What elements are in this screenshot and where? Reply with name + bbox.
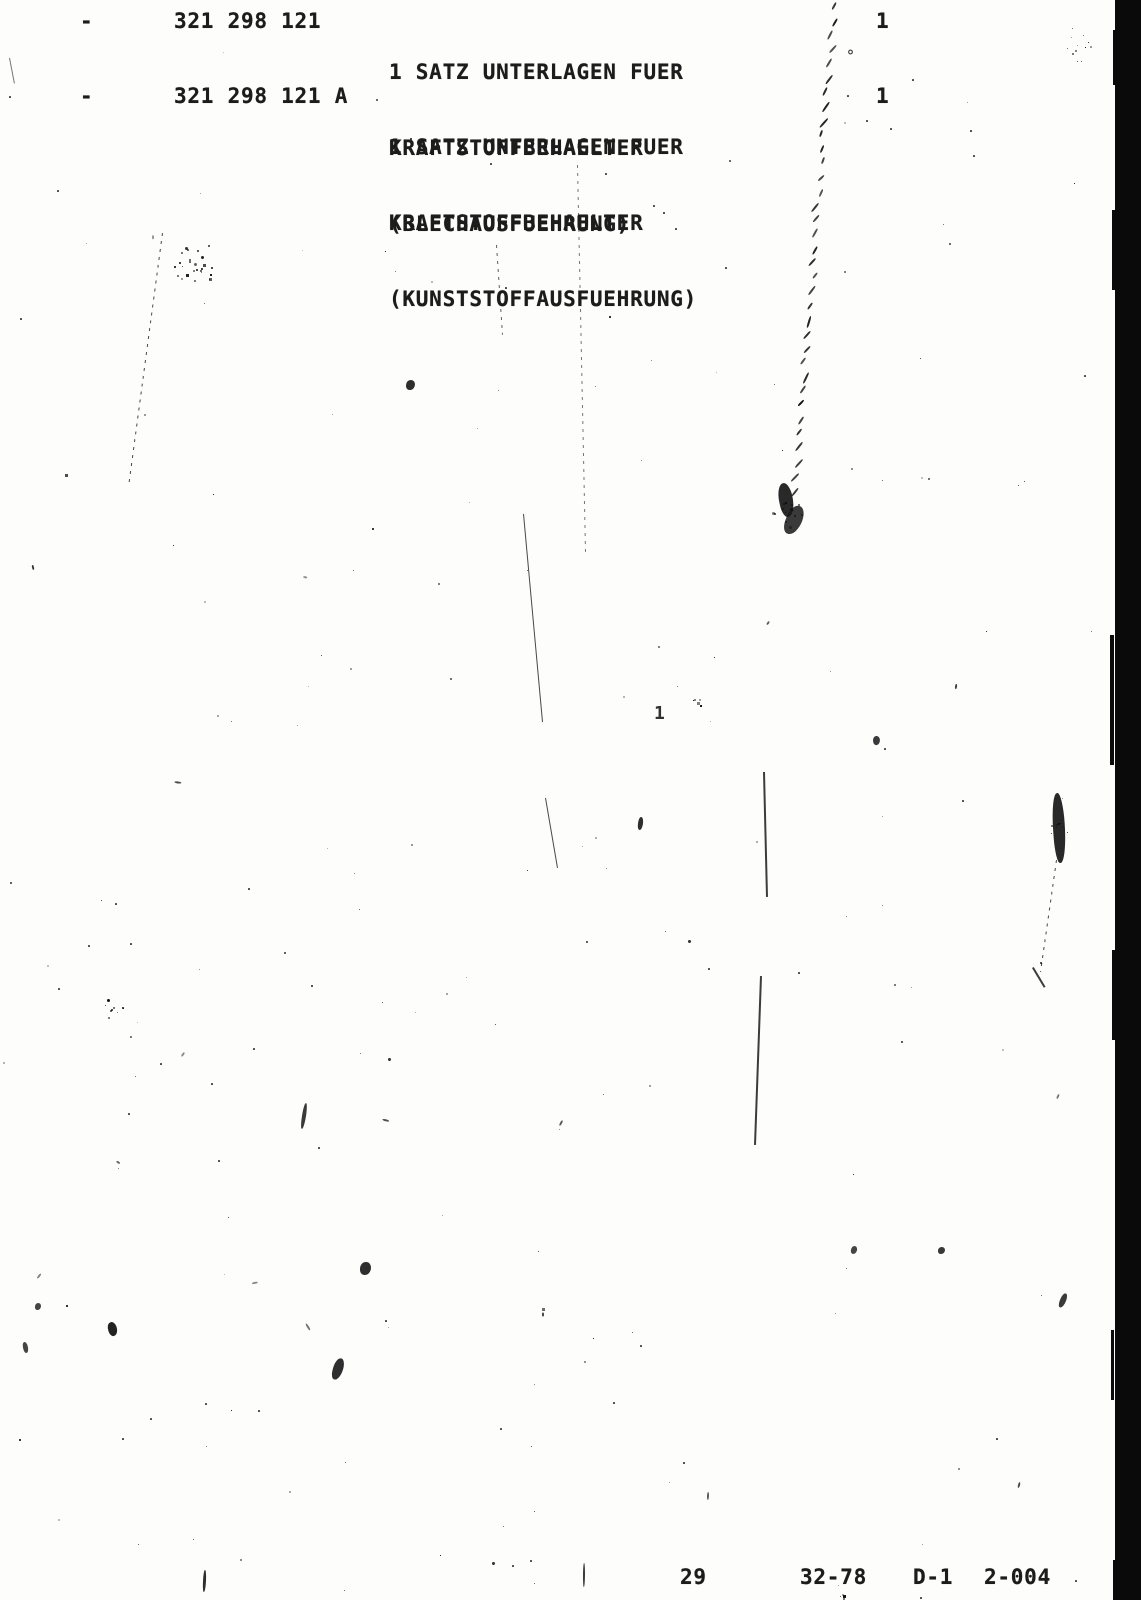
scan-dust bbox=[882, 905, 883, 906]
scan-speck-cluster bbox=[208, 245, 210, 247]
scan-speck-cluster bbox=[798, 504, 800, 506]
scan-speck bbox=[9, 96, 11, 98]
scan-dust bbox=[766, 620, 770, 625]
scan-crease-line bbox=[523, 514, 543, 722]
scan-dust bbox=[782, 450, 783, 451]
scan-speck-cluster bbox=[774, 513, 776, 515]
scan-speck-cluster bbox=[843, 1598, 845, 1600]
scan-speck bbox=[890, 128, 892, 130]
scan-crease-line bbox=[763, 772, 768, 897]
scan-speck bbox=[130, 943, 132, 945]
scan-dust bbox=[894, 984, 896, 986]
scan-dust bbox=[603, 1094, 604, 1095]
scan-dust bbox=[853, 1174, 854, 1175]
scan-speck bbox=[218, 1160, 220, 1162]
scan-dust bbox=[958, 1468, 960, 1470]
scan-dust bbox=[130, 1036, 132, 1038]
scan-dust bbox=[844, 271, 846, 273]
scan-dust bbox=[388, 1327, 389, 1328]
scan-speck-cluster bbox=[177, 275, 179, 277]
scan-stitch-dash bbox=[795, 442, 803, 452]
scan-edge-bar bbox=[1115, 0, 1141, 1600]
scan-dust bbox=[36, 1273, 41, 1279]
scan-speck-cluster bbox=[791, 504, 793, 506]
scan-dust bbox=[534, 1583, 535, 1584]
scan-smudge bbox=[781, 503, 806, 537]
scan-dust bbox=[844, 122, 846, 124]
scan-dust bbox=[1074, 183, 1075, 184]
scan-dust bbox=[469, 502, 470, 503]
scan-dust bbox=[135, 1076, 136, 1077]
scan-dust bbox=[152, 235, 154, 239]
scan-speck bbox=[640, 1345, 642, 1347]
scan-dust bbox=[582, 846, 583, 847]
scan-dust bbox=[213, 494, 214, 495]
scan-dust bbox=[231, 1410, 232, 1411]
scan-dust bbox=[47, 965, 49, 967]
scan-dust bbox=[1056, 1094, 1060, 1099]
scan-speck-cluster bbox=[201, 272, 202, 273]
scan-speck bbox=[683, 1462, 685, 1464]
scan-stitch-dash bbox=[792, 487, 800, 496]
scan-dust bbox=[1040, 962, 1042, 964]
scan-speck-cluster bbox=[840, 1596, 841, 1597]
scan-smudge bbox=[203, 1570, 207, 1592]
scan-speck-cluster bbox=[790, 508, 793, 511]
scan-stitch-dash bbox=[812, 229, 818, 239]
scan-speck bbox=[725, 267, 727, 269]
scan-crease-line bbox=[1032, 967, 1046, 988]
scan-dust bbox=[376, 99, 378, 101]
scan-crease-line bbox=[754, 976, 762, 1145]
scan-dust bbox=[495, 1024, 496, 1025]
scan-speck-cluster bbox=[105, 1005, 106, 1006]
scan-dust bbox=[303, 576, 308, 579]
scan-dust bbox=[308, 686, 309, 687]
scan-stitch-dash bbox=[798, 417, 805, 426]
scan-speck bbox=[962, 800, 964, 802]
scan-speck-cluster bbox=[1071, 37, 1072, 38]
scan-dust bbox=[116, 1160, 121, 1164]
scanned-parts-catalog-page: - 321 298 121 1 SATZ UNTERLAGEN FUER KRA… bbox=[0, 0, 1141, 1600]
part-number: 321 298 121 bbox=[174, 9, 321, 33]
scan-smudge bbox=[360, 1262, 371, 1275]
scan-dust bbox=[901, 1041, 903, 1043]
scan-stitch-dash bbox=[803, 346, 811, 354]
scan-dust bbox=[200, 193, 201, 194]
scan-speck-cluster bbox=[201, 256, 204, 259]
footer-section-code: D-1 bbox=[913, 1565, 953, 1589]
scan-crease-line bbox=[545, 798, 558, 868]
scan-speck bbox=[1075, 1580, 1077, 1582]
scan-dust bbox=[252, 1281, 258, 1284]
scan-speck-cluster bbox=[193, 270, 195, 272]
scan-speck-cluster bbox=[700, 705, 702, 707]
scan-speck-cluster bbox=[793, 510, 794, 511]
scan-speck-cluster bbox=[189, 261, 191, 263]
scan-dust bbox=[527, 870, 528, 871]
scan-dust bbox=[344, 1590, 345, 1591]
scan-speck-cluster bbox=[203, 264, 206, 267]
scan-stitch-dash bbox=[829, 44, 837, 53]
scan-dust bbox=[498, 390, 499, 391]
scan-dust bbox=[949, 243, 951, 245]
scan-dust bbox=[174, 781, 181, 784]
scan-dust bbox=[595, 386, 596, 387]
scan-speck bbox=[1084, 375, 1086, 377]
scan-speck-cluster bbox=[196, 269, 198, 271]
scan-speck bbox=[500, 1428, 502, 1430]
scan-dust bbox=[3, 1062, 5, 1064]
scan-dust bbox=[382, 1002, 383, 1003]
scan-dust bbox=[354, 873, 355, 874]
scan-speck-cluster bbox=[185, 247, 188, 250]
scan-smudge bbox=[776, 482, 797, 518]
scan-dust bbox=[586, 941, 588, 943]
scan-speck bbox=[530, 1560, 532, 1562]
scan-speck bbox=[115, 903, 117, 905]
scan-dust bbox=[1062, 798, 1063, 799]
scan-dust bbox=[193, 1539, 194, 1540]
scan-dust bbox=[920, 358, 921, 359]
scan-speck-cluster bbox=[113, 1007, 115, 1009]
scan-speck-cluster bbox=[197, 250, 199, 252]
scan-speck-cluster bbox=[209, 279, 210, 280]
scan-speck-cluster bbox=[1058, 823, 1060, 825]
scan-speck-cluster bbox=[181, 278, 183, 280]
scan-dust bbox=[58, 1519, 60, 1521]
scan-smudge bbox=[106, 1321, 119, 1337]
scan-speck-cluster bbox=[1077, 61, 1078, 62]
scan-dust bbox=[199, 969, 200, 970]
scan-stitch-dash bbox=[803, 331, 811, 340]
scan-speck-cluster bbox=[693, 700, 694, 701]
description-line: KRAFTSTOFFBEHAELTER bbox=[389, 211, 697, 236]
scan-speck bbox=[20, 318, 22, 320]
scan-speck-cluster bbox=[1072, 28, 1073, 29]
scan-speck bbox=[912, 79, 914, 81]
scan-dust bbox=[559, 1129, 560, 1130]
scan-dust bbox=[774, 384, 775, 385]
scan-speck-cluster bbox=[843, 1595, 846, 1598]
scan-dust bbox=[835, 1313, 836, 1314]
scan-dust bbox=[138, 1544, 139, 1545]
description-line: 1 SATZ UNTERLAGEN FUER bbox=[389, 135, 697, 160]
scan-dust bbox=[360, 1053, 361, 1054]
scan-dust bbox=[415, 1012, 416, 1013]
scan-speck-cluster bbox=[1060, 823, 1061, 824]
scan-dust bbox=[542, 1308, 545, 1311]
scan-speck bbox=[847, 95, 849, 97]
scan-stitch-dash bbox=[819, 118, 828, 128]
scan-stitch-dash bbox=[827, 30, 833, 40]
scan-dust bbox=[955, 684, 958, 690]
scan-dust bbox=[851, 468, 853, 470]
scan-smudge bbox=[850, 1246, 857, 1255]
scan-speck-cluster bbox=[794, 515, 796, 517]
scan-speck-cluster bbox=[181, 252, 183, 254]
scan-dust bbox=[531, 1446, 532, 1447]
scan-stitch-dash bbox=[832, 18, 838, 27]
scan-dust bbox=[503, 1526, 504, 1527]
part-number: 321 298 121 A bbox=[174, 84, 348, 108]
scan-speck bbox=[258, 1410, 260, 1412]
scan-dust bbox=[118, 1168, 119, 1169]
scan-speck bbox=[866, 120, 868, 122]
scan-crease-line bbox=[1040, 860, 1057, 972]
part-description: 1 SATZ UNTERLAGEN FUER KRAFTSTOFFBEHAELT… bbox=[389, 84, 697, 363]
scan-speck-cluster bbox=[772, 512, 775, 515]
scan-speck bbox=[311, 985, 313, 987]
scan-smudge bbox=[406, 380, 415, 390]
scan-speck-cluster bbox=[785, 521, 787, 523]
scan-stitch-dash bbox=[831, 2, 837, 10]
footer-edition-code: 32-78 bbox=[800, 1565, 867, 1589]
scan-crease-line bbox=[9, 58, 15, 84]
scan-speck-cluster bbox=[801, 514, 803, 516]
scan-speck bbox=[58, 988, 60, 990]
scan-speck-cluster bbox=[1081, 61, 1082, 62]
scan-dust bbox=[440, 1555, 441, 1556]
scan-dust bbox=[66, 1305, 68, 1307]
scan-speck-cluster bbox=[694, 699, 696, 701]
footer-sheet-code: 2-004 bbox=[984, 1565, 1051, 1589]
scan-speck bbox=[318, 1147, 320, 1149]
quantity: 1 bbox=[876, 84, 889, 108]
scan-dust bbox=[289, 1491, 291, 1493]
scan-stitch-dash bbox=[808, 258, 817, 267]
scan-dust bbox=[65, 474, 68, 477]
scan-speck-cluster bbox=[1072, 53, 1074, 55]
scan-speck bbox=[884, 748, 886, 750]
scan-speck-cluster bbox=[1063, 826, 1064, 827]
scan-dust bbox=[350, 668, 352, 670]
description-line: (KUNSTSTOFFAUSFUEHRUNG) bbox=[389, 287, 697, 312]
scan-speck-cluster bbox=[1056, 827, 1057, 828]
scan-speck-cluster bbox=[1062, 819, 1063, 820]
scan-speck-cluster bbox=[209, 278, 212, 281]
scan-dust bbox=[538, 1251, 539, 1252]
ref-dash: - bbox=[80, 84, 93, 108]
scan-dust bbox=[332, 414, 333, 415]
scan-smudge bbox=[872, 735, 880, 745]
scan-dust bbox=[584, 1361, 586, 1363]
scan-dust bbox=[228, 1217, 229, 1218]
scan-speck bbox=[613, 1402, 615, 1404]
scan-stitch-dash bbox=[791, 473, 800, 482]
scan-speck-cluster bbox=[186, 274, 189, 277]
scan-speck-cluster bbox=[123, 1008, 124, 1009]
scan-dust bbox=[1091, 631, 1092, 632]
scan-speck-cluster bbox=[1088, 42, 1089, 43]
scan-speck-cluster bbox=[111, 1009, 113, 1011]
scan-speck bbox=[128, 1113, 130, 1115]
scan-stitch-dash bbox=[819, 130, 823, 138]
scan-speck bbox=[708, 968, 710, 970]
scan-smudge bbox=[583, 1563, 585, 1587]
scan-speck bbox=[385, 1320, 387, 1322]
scan-stitch-dash bbox=[826, 58, 833, 67]
scan-stitch-dash bbox=[798, 399, 805, 406]
scan-dust bbox=[756, 841, 758, 843]
scan-dust bbox=[477, 428, 478, 429]
scan-dust bbox=[606, 868, 607, 869]
scan-speck-cluster bbox=[117, 1012, 118, 1013]
scan-smudge bbox=[35, 1303, 41, 1310]
scan-speck bbox=[122, 1438, 124, 1440]
scan-dust bbox=[1002, 1049, 1004, 1051]
scan-dust bbox=[534, 1384, 535, 1385]
scan-dust bbox=[716, 372, 717, 373]
scan-speck-cluster bbox=[194, 280, 196, 282]
scan-dust bbox=[305, 1323, 311, 1331]
scan-dust bbox=[632, 1332, 633, 1333]
scan-dust bbox=[882, 480, 883, 481]
scan-crease-line bbox=[128, 233, 163, 487]
quantity: 1 bbox=[876, 9, 889, 33]
scan-speck-cluster bbox=[1067, 832, 1068, 833]
scan-stitch-dash bbox=[819, 145, 824, 154]
scan-stitch-dash bbox=[808, 285, 816, 295]
scan-speck bbox=[973, 155, 975, 157]
scan-dust bbox=[321, 655, 322, 656]
scan-dust bbox=[240, 1559, 242, 1561]
scan-dust bbox=[359, 909, 360, 910]
scan-speck-cluster bbox=[1075, 50, 1077, 52]
scan-dust bbox=[542, 1312, 544, 1317]
scan-speck bbox=[512, 1565, 514, 1567]
scan-dust bbox=[10, 882, 12, 884]
scan-dust bbox=[327, 848, 328, 849]
scan-dust bbox=[223, 52, 224, 53]
scan-dust bbox=[922, 1544, 923, 1545]
scan-edge-notch bbox=[1110, 635, 1114, 765]
scan-stitch-dash bbox=[817, 174, 824, 181]
scan-speck bbox=[688, 940, 691, 943]
scan-dust bbox=[882, 816, 883, 817]
scan-speck bbox=[996, 1438, 998, 1440]
scan-speck bbox=[248, 888, 250, 890]
scan-dust bbox=[173, 545, 174, 546]
scan-speck-cluster bbox=[194, 263, 197, 266]
scan-smudge bbox=[1058, 1292, 1069, 1308]
scan-speck-cluster bbox=[1067, 48, 1068, 49]
scan-speck-cluster bbox=[789, 526, 792, 529]
scan-dust bbox=[466, 977, 467, 978]
scan-stitch-dash bbox=[796, 428, 803, 436]
scan-dust bbox=[714, 657, 715, 658]
scan-speck bbox=[57, 190, 59, 192]
scan-dust bbox=[206, 1446, 207, 1447]
scan-speck-cluster bbox=[1051, 833, 1052, 834]
scan-dust bbox=[217, 715, 219, 717]
scan-dust bbox=[986, 631, 987, 632]
scan-stitch-dash bbox=[807, 302, 813, 310]
scan-stitch-dash bbox=[825, 75, 833, 85]
scan-dust bbox=[921, 477, 923, 479]
scan-speck-cluster bbox=[1085, 47, 1086, 48]
scan-dust bbox=[302, 250, 303, 251]
scan-smudge bbox=[22, 1342, 30, 1354]
scan-speck-cluster bbox=[187, 249, 189, 251]
scan-dust bbox=[967, 102, 968, 103]
scan-dust bbox=[372, 528, 374, 530]
description-line: 1 SATZ UNTERLAGEN FUER bbox=[389, 60, 684, 85]
scan-speck-cluster bbox=[697, 702, 700, 705]
scan-stray-glyph: ° bbox=[846, 47, 855, 65]
scan-smudge bbox=[330, 1357, 345, 1381]
scan-dust bbox=[86, 243, 87, 244]
scan-dust bbox=[846, 1268, 847, 1269]
scan-dust bbox=[442, 1215, 443, 1216]
scan-speck-cluster bbox=[785, 502, 787, 504]
scan-dust bbox=[846, 916, 847, 917]
scan-smudge bbox=[637, 817, 643, 830]
scan-dust bbox=[623, 696, 625, 698]
scan-dust bbox=[345, 1462, 346, 1463]
scan-stitch-dash bbox=[821, 102, 829, 113]
scan-edge-notch bbox=[1113, 1560, 1116, 1600]
scan-speck-cluster bbox=[201, 268, 203, 270]
scan-dust bbox=[231, 721, 232, 722]
scan-dust bbox=[641, 460, 642, 461]
scan-speck bbox=[492, 1562, 495, 1565]
scan-stitch-dash bbox=[812, 215, 820, 223]
scan-speck-cluster bbox=[1090, 46, 1092, 48]
scan-dust bbox=[943, 224, 944, 225]
scan-speck-cluster bbox=[783, 503, 785, 505]
scan-dust bbox=[411, 844, 413, 846]
scan-dust bbox=[224, 1274, 225, 1275]
scan-dust bbox=[830, 671, 831, 672]
scan-dust bbox=[284, 952, 286, 954]
scan-stitch-dash bbox=[802, 372, 809, 384]
scan-dust bbox=[534, 1511, 535, 1512]
scan-speck bbox=[798, 972, 800, 974]
scan-speck-cluster bbox=[1077, 45, 1078, 46]
scan-speck bbox=[150, 1418, 152, 1420]
scan-stitch-dash bbox=[812, 246, 818, 255]
scan-dust bbox=[558, 1120, 563, 1126]
scan-dust bbox=[593, 1338, 594, 1339]
scan-speck-cluster bbox=[1058, 823, 1060, 825]
scan-speck-cluster bbox=[110, 1010, 112, 1012]
scan-speck-cluster bbox=[1083, 35, 1084, 36]
scan-speck-cluster bbox=[174, 266, 176, 268]
scan-dust bbox=[729, 160, 731, 162]
scan-smudge bbox=[938, 1247, 945, 1254]
scan-stitch-dash bbox=[795, 459, 804, 468]
scan-speck bbox=[970, 130, 972, 132]
scan-dust bbox=[180, 1052, 184, 1057]
scan-edge-notch bbox=[1113, 30, 1115, 85]
scan-dust bbox=[382, 1119, 389, 1123]
scan-dust bbox=[1018, 485, 1019, 486]
scan-speck-cluster bbox=[211, 267, 213, 269]
scan-dust bbox=[595, 837, 597, 839]
scan-speck bbox=[211, 1083, 213, 1085]
scan-dust bbox=[527, 570, 528, 571]
scan-speck bbox=[205, 1403, 207, 1405]
scan-speck bbox=[88, 945, 90, 947]
scan-dust bbox=[144, 414, 146, 416]
scan-stray-glyph: 1 bbox=[654, 703, 665, 724]
scan-dust bbox=[204, 601, 206, 603]
scan-dust bbox=[31, 565, 34, 570]
scan-stitch-dash bbox=[799, 357, 806, 365]
scan-speck-cluster bbox=[1056, 824, 1058, 826]
footer-page-number: 29 bbox=[680, 1565, 707, 1589]
